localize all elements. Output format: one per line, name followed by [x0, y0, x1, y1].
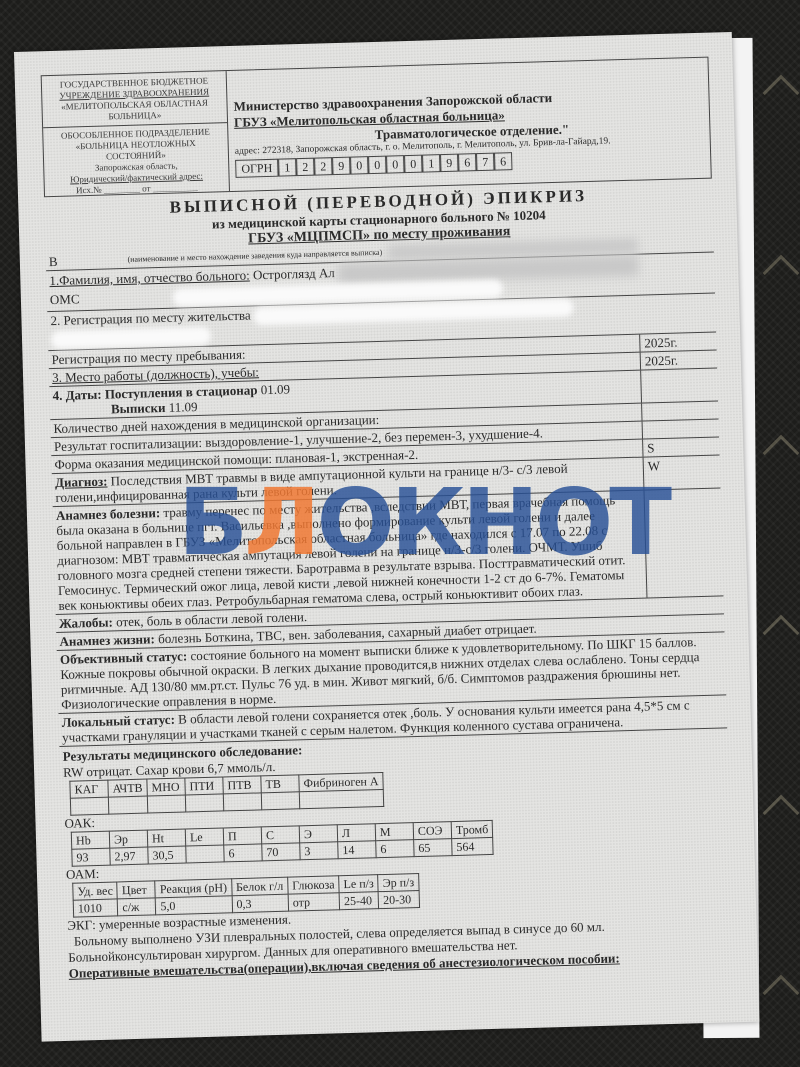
diagnosis-label: Диагноз: — [55, 474, 108, 490]
destination-prefix: В — [49, 254, 58, 269]
ogrn-digit: 9 — [332, 157, 350, 175]
discharge-date: 11.09 — [169, 399, 198, 415]
watermark-accent: Л — [244, 469, 316, 576]
header-institution-block: Министерство здравоохранения Запорожской… — [227, 58, 711, 191]
registration-residence-label: 2. Регистрация по месту жительства — [50, 308, 251, 329]
oak-header: Ht — [147, 829, 185, 847]
watermark-text: Б — [178, 469, 244, 576]
coag-header: ПТВ — [223, 776, 261, 794]
watermark-text: ОКНОТ — [317, 469, 668, 576]
header-stamp-block: ГОСУДАРСТВЕННОЕ БЮДЖЕТНОЕ УЧРЕЖДЕНИЕ ЗДР… — [42, 71, 230, 196]
oam-header: Реакция (pH) — [155, 879, 232, 898]
admission-date: 01.09 — [261, 381, 291, 397]
icd-code-s: S — [643, 438, 719, 457]
dates-label: 4. Даты: — [52, 387, 101, 403]
oam-header: Цвет — [117, 881, 155, 899]
oam-header: Le п/з — [339, 875, 379, 893]
complaints-label: Жалобы: — [59, 615, 113, 631]
coag-value — [223, 793, 261, 811]
ogrn-digit: 2 — [296, 158, 314, 176]
ogrn-label: ОГРН — [235, 159, 278, 178]
coag-header: ПТИ — [185, 777, 223, 795]
oam-header: Глюкоза — [288, 876, 340, 894]
ogrn-digit: 6 — [494, 152, 512, 170]
oak-value — [186, 845, 224, 863]
coag-value — [70, 797, 108, 815]
patient-name-label: 1.Фамилия, имя, отчество больного: — [49, 267, 250, 288]
document-header: ГОСУДАРСТВЕННОЕ БЮДЖЕТНОЕ УЧРЕЖДЕНИЕ ЗДР… — [41, 57, 712, 198]
oak-header: СОЭ — [413, 822, 451, 840]
ogrn-digit: 0 — [350, 156, 368, 174]
life-anamnesis-label: Анамнез жизни: — [59, 631, 155, 649]
coag-value — [261, 792, 299, 810]
oak-value: 6 — [224, 844, 262, 862]
ogrn-digit: 0 — [368, 156, 386, 174]
oak-value: 3 — [300, 842, 338, 860]
admission-year: 2025г. — [640, 333, 716, 352]
oak-header: Hb — [71, 831, 109, 849]
oak-value: 6 — [376, 840, 414, 858]
oam-value: 0,3 — [232, 894, 289, 913]
ogrn-digit: 0 — [404, 155, 422, 173]
exam-results-section: Результаты медицинского обследование: RW… — [59, 728, 733, 984]
discharge-year: 2025г. — [641, 351, 717, 370]
coag-header: МНО — [147, 778, 185, 796]
ogrn-digit: 9 — [440, 154, 458, 172]
oak-value: 14 — [338, 841, 376, 859]
oak-header: Le — [185, 828, 223, 846]
ogrn-digit: 1 — [422, 154, 440, 172]
redacted-area — [51, 327, 211, 349]
ogrn-digit: 7 — [476, 153, 494, 171]
oak-value: 70 — [262, 843, 300, 861]
coag-header: АЧТВ — [108, 779, 147, 797]
oak-header: П — [223, 827, 261, 845]
oak-value: 2,97 — [110, 847, 148, 865]
ogrn-digit: 6 — [458, 153, 476, 171]
coag-value — [108, 796, 147, 814]
oak-header: С — [261, 826, 299, 844]
oam-value: 1010 — [73, 899, 118, 917]
coag-value — [147, 795, 185, 813]
oak-header: Л — [337, 824, 375, 842]
oam-value: 20-30 — [378, 891, 419, 909]
discharge-label: Выписки — [111, 400, 166, 417]
oak-header: М — [375, 823, 413, 841]
oam-value: 25-40 — [339, 892, 379, 910]
oam-header: Белок г/л — [231, 877, 288, 896]
oam-value: с/ж — [118, 898, 156, 916]
coag-value — [299, 790, 383, 809]
coag-header: КАГ — [70, 780, 108, 798]
oak-header: Э — [299, 825, 337, 843]
oam-header: Уд. вес — [73, 882, 118, 900]
ogrn-digit: 1 — [278, 158, 296, 176]
insurance-type: ОМС — [50, 291, 80, 307]
oam-value: 5,0 — [156, 896, 233, 915]
oak-header: Тромб — [451, 820, 493, 838]
oam-header: Эр п/з — [378, 874, 419, 892]
oak-value: 65 — [414, 839, 452, 857]
oam-value: отр — [288, 893, 340, 911]
coag-value — [185, 794, 223, 812]
ogrn-digit: 2 — [314, 157, 332, 175]
coag-header: ТВ — [261, 775, 299, 793]
watermark-logo: БЛОКНОТ — [158, 478, 688, 566]
oak-value: 30,5 — [148, 846, 186, 864]
oak-value: 93 — [72, 848, 110, 866]
ogrn-digit: 0 — [386, 155, 404, 173]
oak-value: 564 — [452, 837, 494, 855]
oak-header: Эр — [109, 830, 147, 848]
patient-name-value: Остроглязд Ал — [253, 265, 335, 282]
